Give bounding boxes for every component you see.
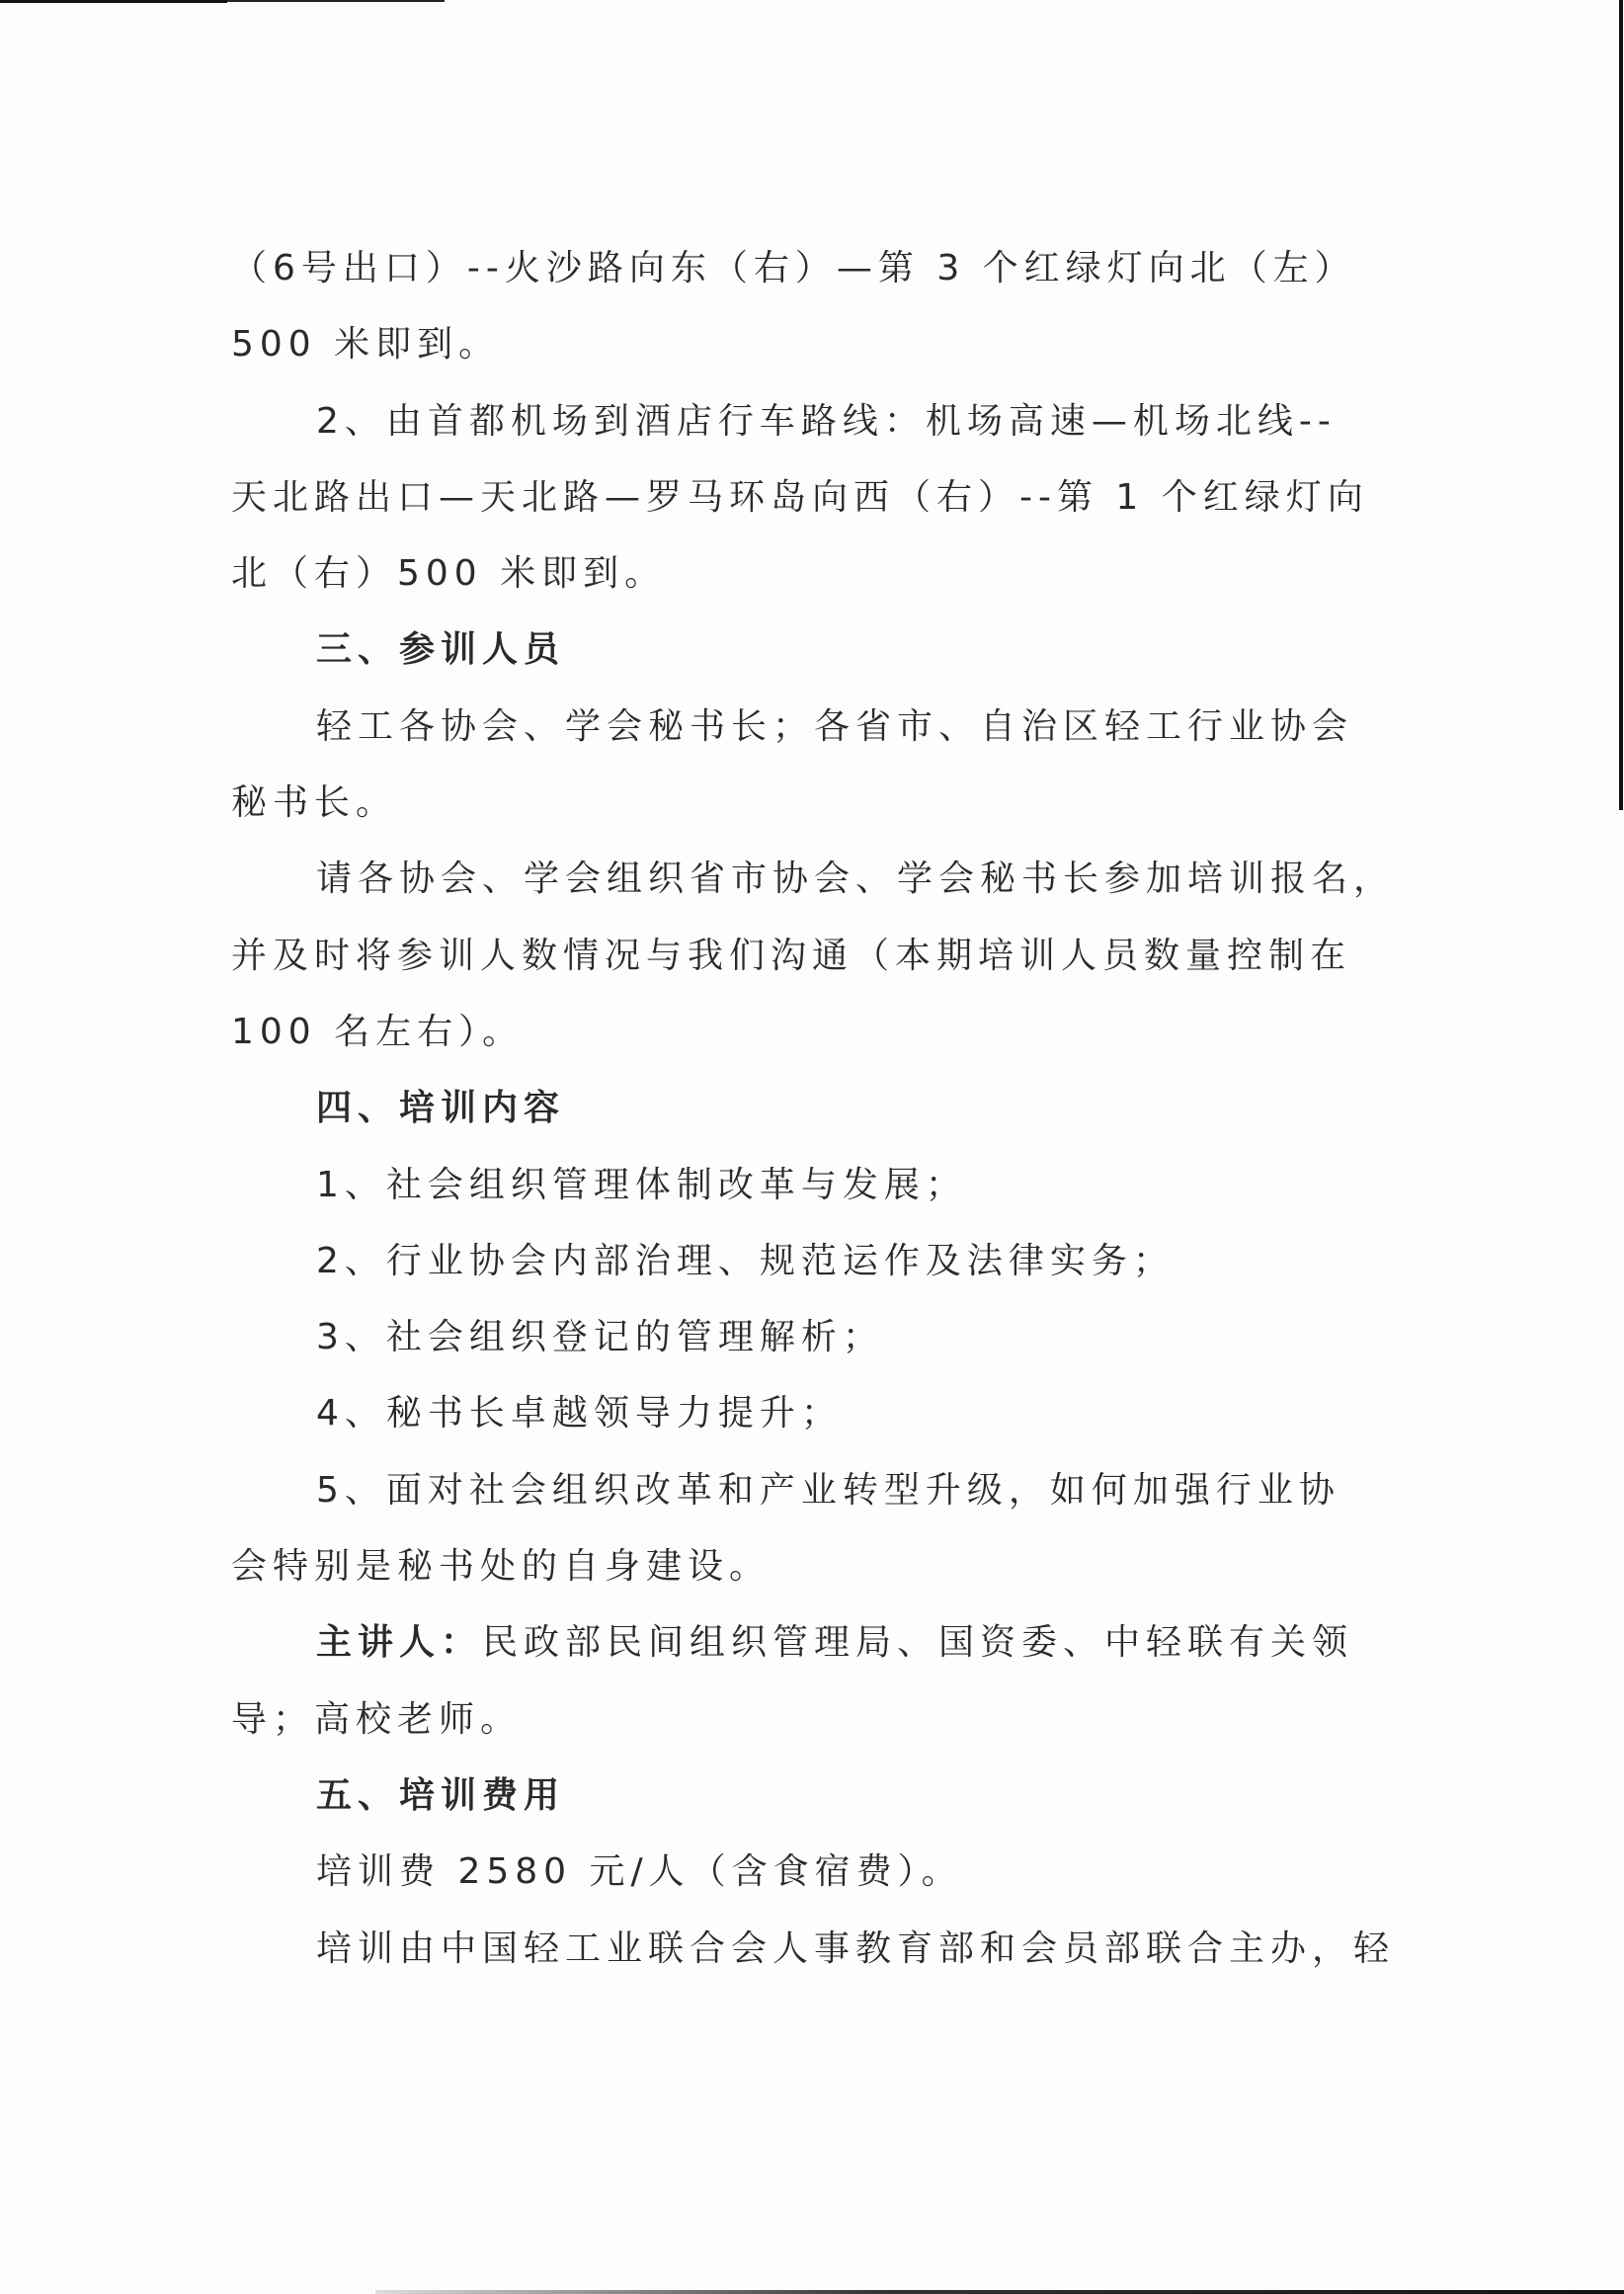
content-item-3: 3、社会组织登记的管理解析； [231,1299,1407,1375]
section-heading-fees: 五、培训费用 [231,1758,1407,1834]
speakers-label: 主讲人： [316,1622,482,1663]
route-line-2: 500 米即到。 [231,306,1407,382]
content-item-1: 1、社会组织管理体制改革与发展； [231,1147,1407,1223]
scan-edge-top-secondary [227,0,445,2]
content-item-2: 2、行业协会内部治理、规范运作及法律实务； [231,1223,1407,1299]
registration-line-1: 请各协会、学会组织省市协会、学会秘书长参加培训报名， [231,841,1407,917]
participants-line-1: 轻工各协会、学会秘书长；各省市、自治区轻工行业协会 [231,689,1407,765]
content-item-5-line-2: 会特别是秘书处的自身建设。 [231,1528,1407,1604]
participants-line-2: 秘书长。 [231,765,1407,841]
registration-line-3: 100 名左右）。 [231,994,1407,1070]
section-heading-participants: 三、参训人员 [231,612,1407,688]
organizer-line: 培训由中国轻工业联合会人事教育部和会员部联合主办，轻 [231,1911,1407,1987]
content-item-5-line-1: 5、面对社会组织改革和产业转型升级，如何加强行业协 [231,1452,1407,1528]
speakers-line-1: 主讲人：民政部民间组织管理局、国资委、中轻联有关领 [231,1604,1407,1680]
route-line-1: （6号出口）--火沙路向东（右）—第 3 个红绿灯向北（左） [231,230,1407,306]
section-heading-content: 四、培训内容 [231,1070,1407,1146]
scan-edge-top [0,0,227,3]
airport-route-line-3: 北（右）500 米即到。 [231,535,1407,612]
registration-line-2: 并及时将参训人数情况与我们沟通（本期培训人员数量控制在 [231,918,1407,994]
scan-edge-right [1619,0,1623,810]
document-page: （6号出口）--火沙路向东（右）—第 3 个红绿灯向北（左） 500 米即到。 … [231,230,1407,1987]
airport-route-line-1: 2、由首都机场到酒店行车路线：机场高速—机场北线-- [231,383,1407,459]
content-item-4: 4、秘书长卓越领导力提升； [231,1375,1407,1451]
scan-edge-bottom [375,2290,1624,2294]
fee-line: 培训费 2580 元/人（含食宿费）。 [231,1834,1407,1910]
speakers-line-2: 导；高校老师。 [231,1681,1407,1758]
airport-route-line-2: 天北路出口—天北路—罗马环岛向西（右）--第 1 个红绿灯向 [231,459,1407,535]
speakers-text: 民政部民间组织管理局、国资委、中轻联有关领 [482,1622,1353,1663]
